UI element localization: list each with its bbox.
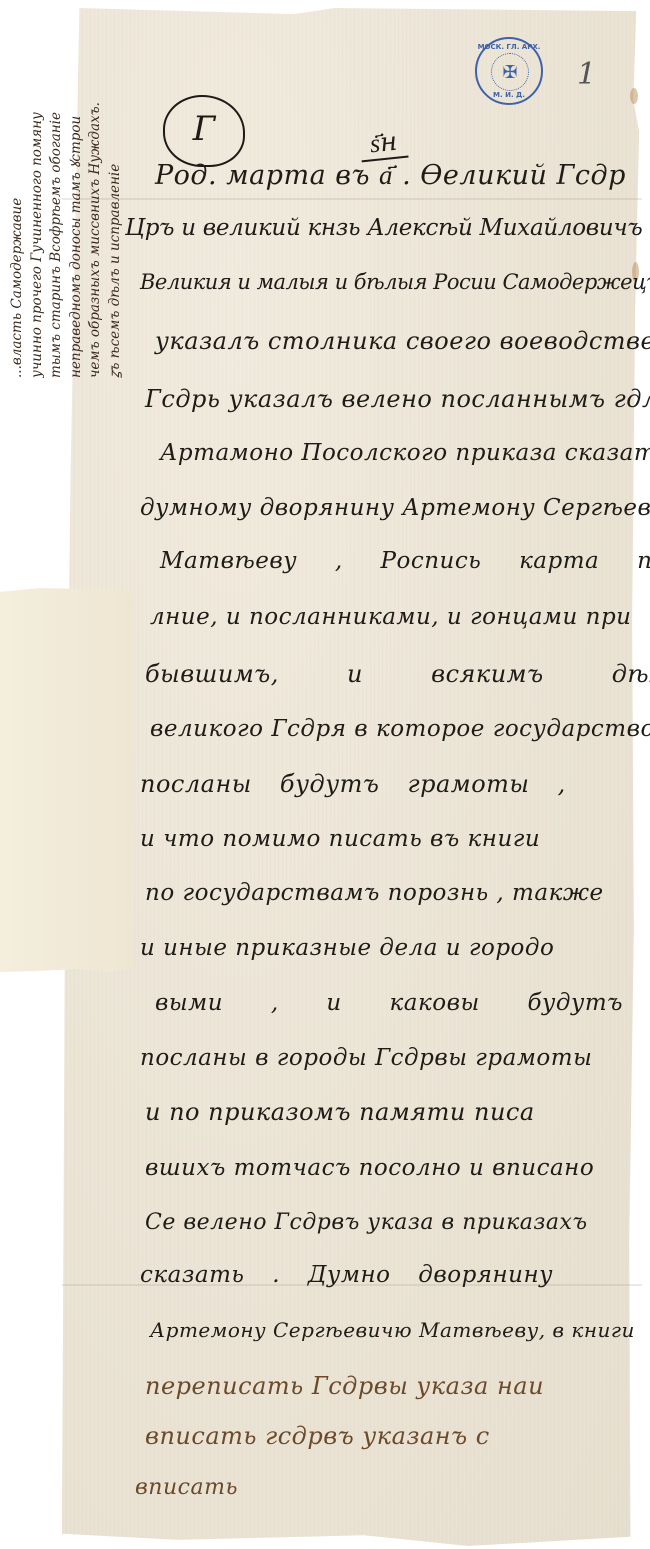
- date-mark: ѕ҃н: [358, 126, 408, 163]
- manuscript-line: Великия и малыя и бѣлыя Росии Самодержец…: [140, 270, 650, 294]
- manuscript-line: Гсдрь указалъ велено посланнымъ гдлехъ: [145, 385, 650, 413]
- manuscript-line: указалъ столника своего воеводствe: [155, 327, 650, 355]
- manuscript-line: Цръ и великий кнзь Алексѣй Михайловичъ в…: [125, 215, 650, 241]
- paper-fold-line: [62, 198, 642, 200]
- side-slip-line: неправедномъ доносы тамъ ꙋстрои: [67, 6, 87, 378]
- manuscript-line: и иные приказные дела и городо: [140, 935, 554, 961]
- side-slip-line: чемъ образныхъ миссвнихъ Нуждахъ.: [86, 6, 106, 378]
- later-hand-line: вписать: [135, 1475, 238, 1500]
- manuscript-line: выми , и каковы будутъ: [155, 990, 623, 1016]
- manuscript-line: великого Гсдря в которое государство: [150, 716, 650, 742]
- heading-mark: Г: [163, 95, 245, 167]
- stamp-text-top: МОСК. ГЛ. АРХ.: [477, 43, 541, 51]
- archive-stamp: МОСК. ГЛ. АРХ. ✠ М. И. Д.: [475, 37, 543, 105]
- side-slip-line: ...власть Самодержавие: [8, 6, 28, 378]
- manuscript-line: сказать . Думно дворянину: [140, 1262, 553, 1288]
- manuscript-line: думному дворянину Артемону Сергѣевичю: [140, 495, 650, 521]
- side-slip-line: ꙁъ ѣсемъ дѣлъ и исправленiе: [106, 6, 126, 378]
- manuscript-line: Се велено Гсдрвъ указа в приказахъ: [145, 1210, 588, 1235]
- side-slip-text: ...власть Самодержавие учинно прочего Гу…: [8, 6, 133, 378]
- later-hand-line: вписать гсдрвъ указанъ с: [145, 1422, 490, 1450]
- manuscript-line: Род. марта въ а҃ . Ѳеликий Гсдр: [155, 160, 626, 191]
- manuscript-line: посланы будутъ грамоты ,: [140, 770, 566, 798]
- manuscript-line: по государствамъ порознь , также: [145, 880, 604, 906]
- side-slip-line: учинно прочего Гучиненного помяну: [28, 6, 48, 378]
- stamp-text-bottom: М. И. Д.: [477, 91, 541, 99]
- later-hand-line: переписать Гсдрвы указа наи: [145, 1372, 544, 1400]
- paper-stain: [630, 88, 638, 104]
- side-slip-line: тымъ старинъ Всофрѣемъ обоганiе: [47, 6, 67, 378]
- manuscript-line: и по приказомъ памяти писа: [145, 1098, 535, 1126]
- manuscript-line: и что помимо писать въ книги: [140, 826, 540, 852]
- glued-side-slip: [0, 588, 133, 972]
- manuscript-line: Матвѣеву , Роспись карта посо: [160, 548, 650, 574]
- manuscript-line: лние, и посланниками, и гонцами при: [150, 604, 631, 630]
- manuscript-line: вшихъ тотчасъ посолно и вписано: [145, 1155, 594, 1181]
- manuscript-line: Артамоно Посолского приказа сказать: [160, 440, 650, 466]
- folio-number: 1: [577, 57, 596, 92]
- manuscript-line: посланы в городы Гсдрвы грамоты: [140, 1045, 592, 1071]
- eagle-emblem-icon: ✠: [491, 53, 529, 91]
- manuscript-line: Артемону Сергѣевичю Матвѣеву, в книги: [150, 1318, 635, 1342]
- manuscript-line: бывшимъ, и всякимъ дѣла: [145, 660, 650, 688]
